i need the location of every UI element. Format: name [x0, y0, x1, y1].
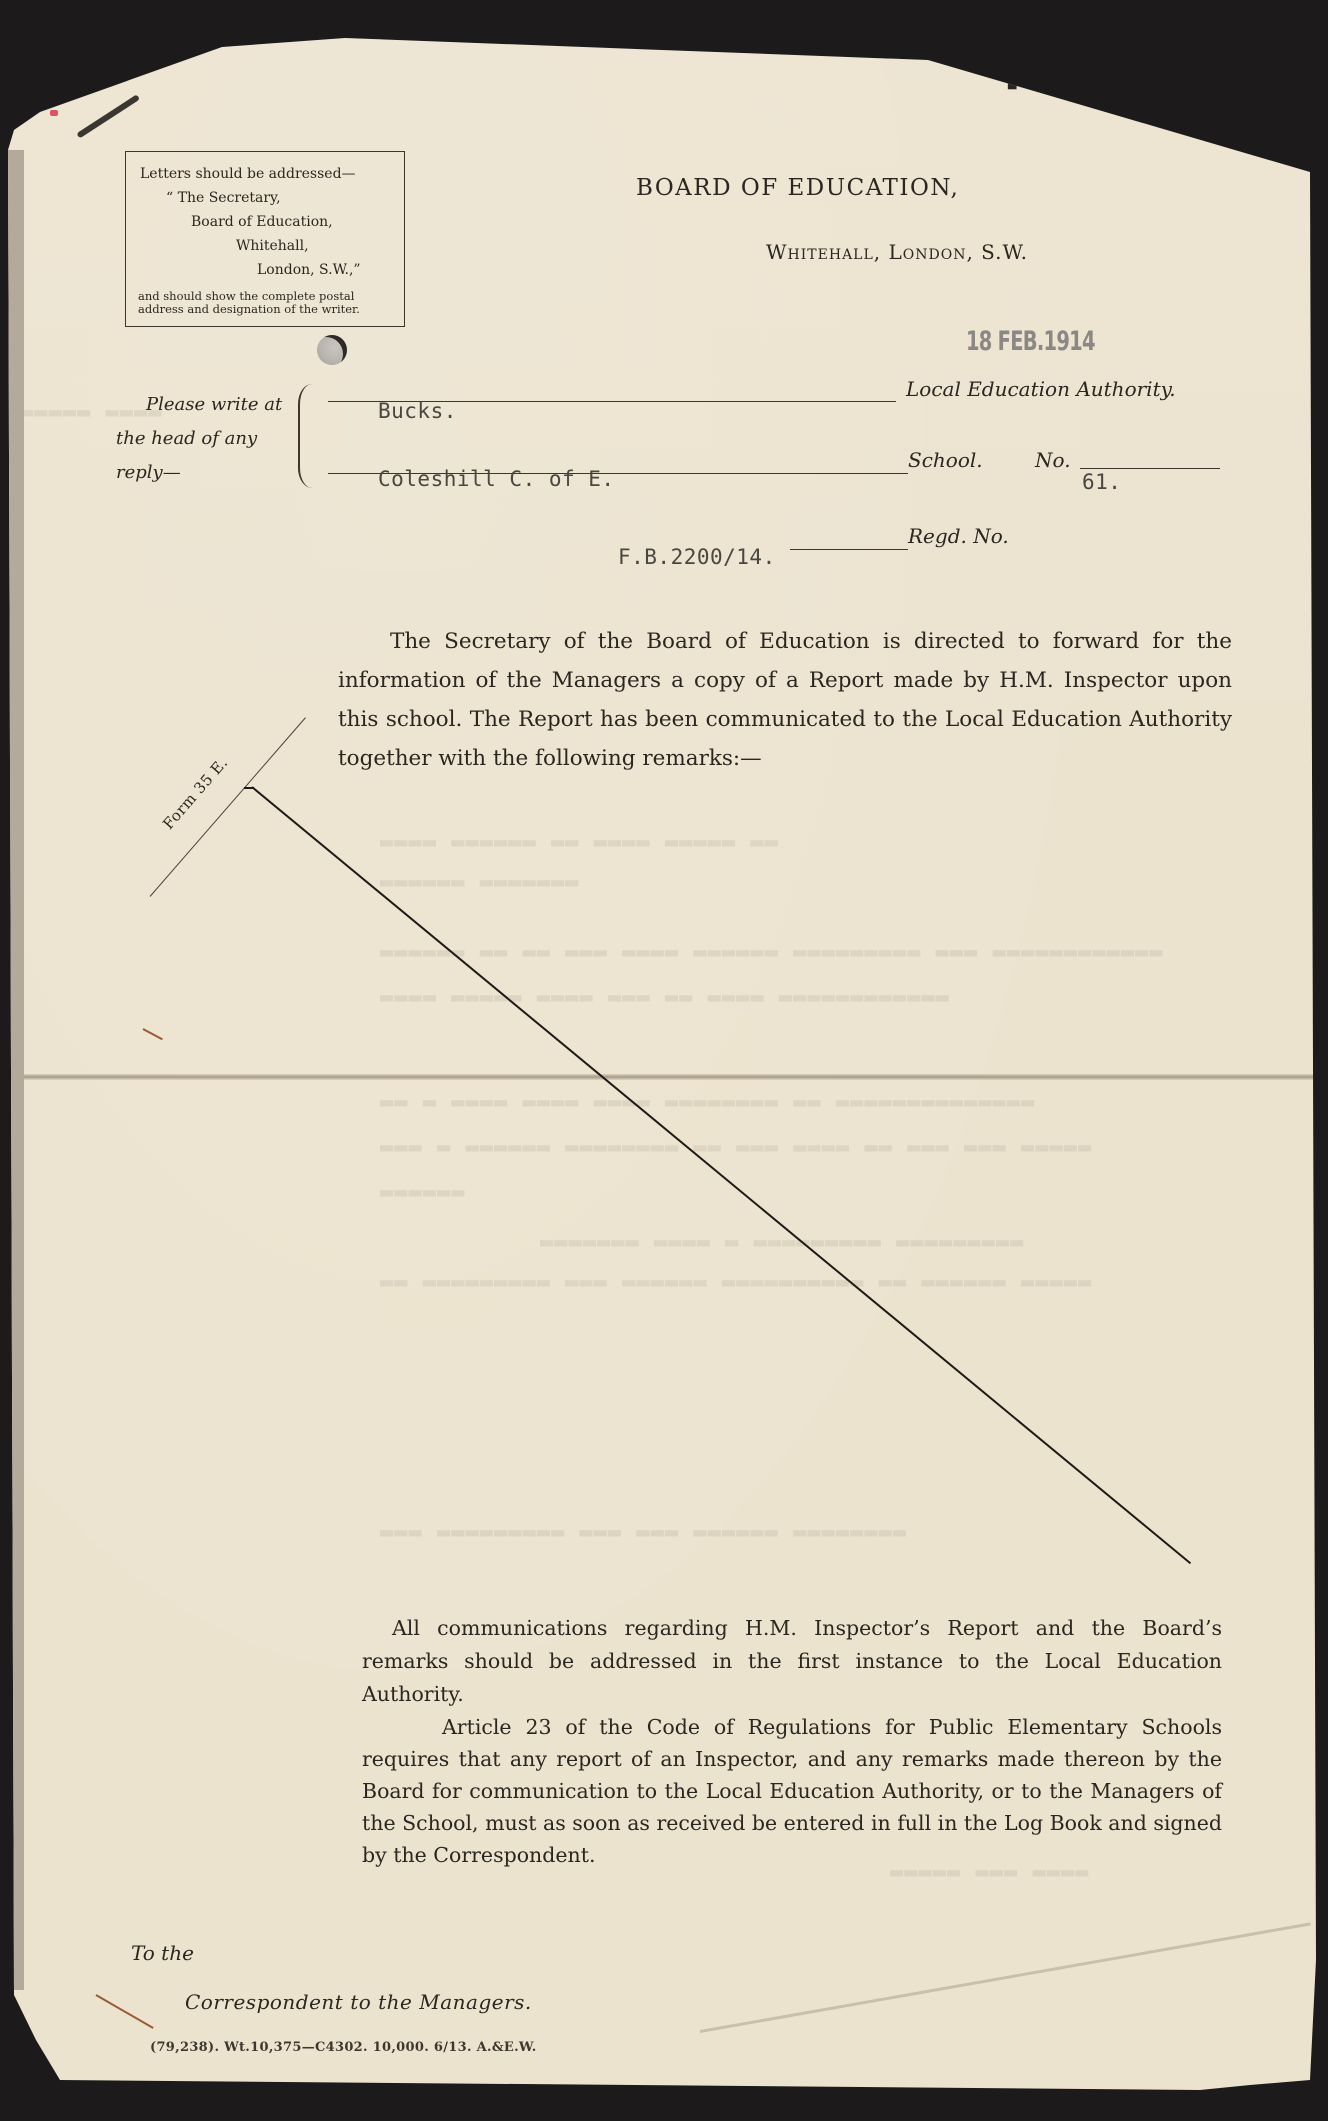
footer-paragraph-text: All communications regarding H.M. Inspec… [362, 1616, 1222, 1706]
printer-imprint: (79,238). Wt.10,375—C4302. 10,000. 6/13.… [150, 2040, 537, 2055]
reply-instruction: Please write at the head of any reply— [116, 388, 286, 490]
date-stamp: 18 FEB.1914 [966, 326, 1095, 357]
reply-instruction-line: the head of any [116, 422, 286, 456]
bleed-through-text: ▬▬▬ ▬▬▬▬▬▬▬▬▬ ▬▬▬ ▬▬▬ ▬▬▬▬▬▬ ▬▬▬▬▬▬▬▬ [380, 1520, 907, 1545]
addressee-line-2: Correspondent to the Managers. [185, 1990, 532, 2014]
school-number-fill-line [1080, 468, 1220, 469]
authority-label: Local Education Authority. [906, 377, 1176, 401]
regd-value: F.B.2200/14. [618, 545, 776, 569]
main-paragraph: The Secretary of the Board of Education … [338, 622, 1232, 778]
red-ink-mark [50, 110, 58, 116]
regd-fill-line [790, 549, 908, 550]
school-label: School. [908, 448, 983, 472]
address-line: “ The Secretary, [166, 186, 396, 210]
bleed-through-text: ▬▬▬▬▬▬ ▬▬▬▬▬▬▬ [380, 870, 579, 895]
bleed-through-text: ▬▬ ▬ ▬▬▬▬ ▬▬▬▬ ▬▬▬▬ ▬▬▬▬▬▬▬▬ ▬▬ ▬▬▬▬▬▬▬▬… [380, 1090, 1035, 1115]
footer-paragraph-text: Article 23 of the Code of Regulations fo… [362, 1715, 1222, 1867]
school-number-value: 61. [1082, 470, 1121, 494]
reply-instruction-line: Please write at [146, 388, 286, 422]
address-heading: Letters should be addressed— [140, 162, 396, 186]
bleed-through-text: ▬▬▬▬ ▬▬▬▬▬▬ ▬▬ ▬▬▬▬ ▬▬▬▬▬ ▬▬ [380, 830, 779, 855]
bleed-through-text: ▬▬▬▬▬▬▬ ▬▬▬▬ ▬ ▬▬▬▬▬▬▬▬▬ ▬▬▬▬▬▬▬▬▬ [540, 1230, 1024, 1255]
letterhead-address: Whitehall, London, S.W. [766, 240, 1028, 264]
paper-fold-line [14, 1074, 1314, 1080]
footer-paragraph-communications: All communications regarding H.M. Inspec… [362, 1612, 1222, 1711]
bleed-through-text: ▬▬▬▬▬▬ [380, 1180, 465, 1205]
school-value: Coleshill C. of E. [378, 467, 615, 491]
bleed-through-text: ▬▬▬ ▬ ▬▬▬▬▬▬ ▬▬▬▬▬▬▬▬ ▬▬ ▬▬▬ ▬▬▬▬ ▬▬ ▬▬▬… [380, 1135, 1092, 1160]
authority-value: Bucks. [378, 399, 457, 423]
bleed-through-text: ▬▬▬▬▬▬ ▬▬ ▬▬ ▬▬▬ ▬▬▬▬ ▬▬▬▬▬▬ ▬▬▬▬▬▬▬▬▬ ▬… [380, 940, 1163, 965]
regd-label: Regd. No. [908, 524, 1009, 548]
address-line: Board of Education, [191, 210, 396, 234]
punch-hole [317, 335, 347, 365]
address-footnote: and should show the complete postal addr… [138, 290, 396, 316]
diagonal-line-tip [244, 787, 254, 789]
top-edge-mark: ▀ [1008, 82, 1016, 98]
footer-paragraph-article-23: Article 23 of the Code of Regulations fo… [362, 1711, 1222, 1871]
address-line: Whitehall, [236, 234, 396, 258]
binding-edge [8, 150, 24, 1990]
main-paragraph-text: The Secretary of the Board of Education … [338, 629, 1232, 771]
address-footnote-line: address and designation of the writer. [138, 303, 396, 316]
addressee-line-1: To the [131, 1941, 194, 1965]
bleed-through-text: ▬▬ ▬▬▬▬▬▬▬▬▬ ▬▬▬ ▬▬▬▬▬▬ ▬▬▬▬▬▬▬▬▬▬ ▬▬ ▬▬… [380, 1270, 1092, 1295]
address-line: London, S.W.,” [257, 258, 396, 282]
address-instructions-box: Letters should be addressed— “ The Secre… [125, 151, 405, 327]
document-page: ▬▬▬▬ ▬▬▬▬▬▬ ▬▬ ▬▬▬▬ ▬▬▬▬▬ ▬▬ ▬▬▬▬▬▬ ▬▬▬▬… [0, 0, 1328, 2121]
letterhead-title: BOARD OF EDUCATION, [636, 175, 959, 201]
bleed-through-text: ▬▬▬▬ ▬▬▬▬▬ ▬▬▬▬ ▬▬▬ ▬▬ ▬▬▬▬ ▬▬▬▬▬▬▬▬▬▬▬▬ [380, 985, 950, 1010]
school-number-label: No. [1035, 448, 1071, 472]
reply-instruction-line: reply— [116, 456, 286, 490]
curly-brace-icon [298, 384, 316, 488]
